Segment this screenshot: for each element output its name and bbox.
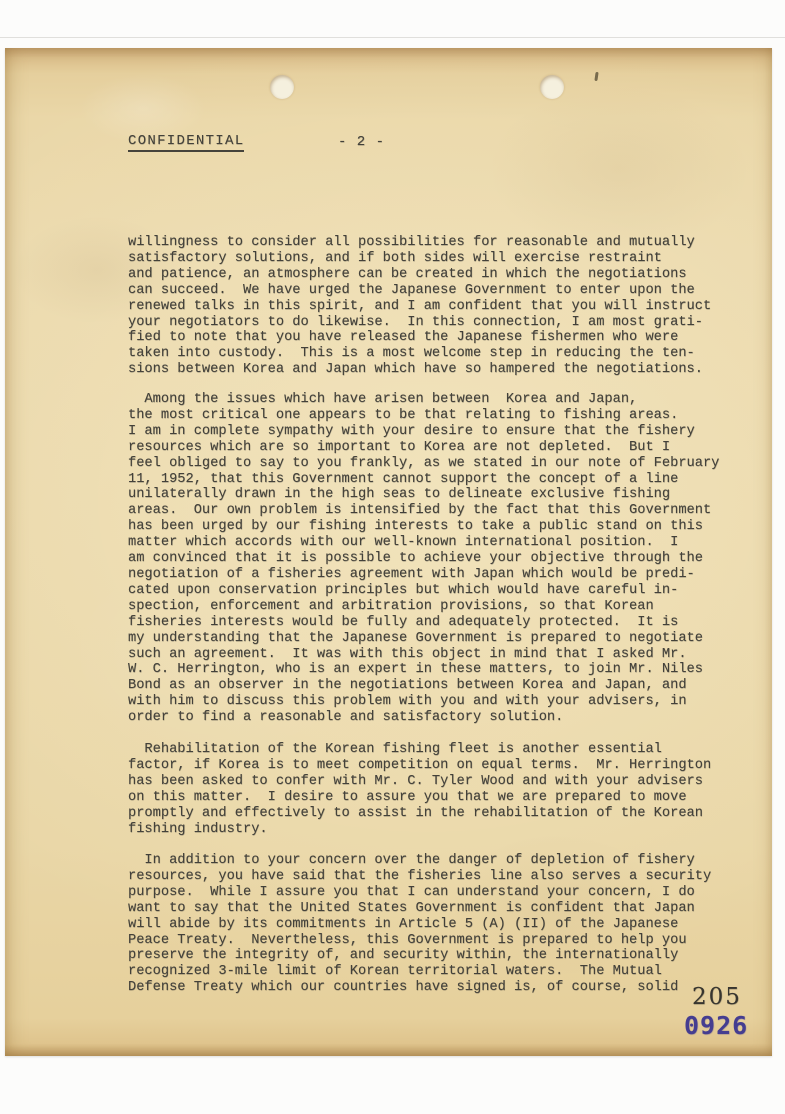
body-paragraph-4: In addition to your concern over the dan… xyxy=(128,853,711,996)
page-stamp-number: 205 xyxy=(692,984,742,1010)
ink-speck-artifact xyxy=(594,72,598,81)
document-page: CONFIDENTIAL - 2 - willingness to consid… xyxy=(5,48,772,1056)
archive-stamp-number: 0926 xyxy=(684,1011,748,1040)
scan-edge-artifact xyxy=(0,37,785,38)
punch-hole-right xyxy=(540,75,564,99)
punch-hole-left xyxy=(270,75,294,99)
body-paragraph-2: Among the issues which have arisen betwe… xyxy=(128,392,719,726)
page-number: - 2 - xyxy=(338,134,385,150)
classification-marking: CONFIDENTIAL xyxy=(128,133,244,152)
body-paragraph-3: Rehabilitation of the Korean fishing fle… xyxy=(128,742,711,837)
scanned-document-screenshot: { "header": { "classification": "CONFIDE… xyxy=(0,0,785,1114)
body-paragraph-1: willingness to consider all possibilitie… xyxy=(128,235,711,378)
